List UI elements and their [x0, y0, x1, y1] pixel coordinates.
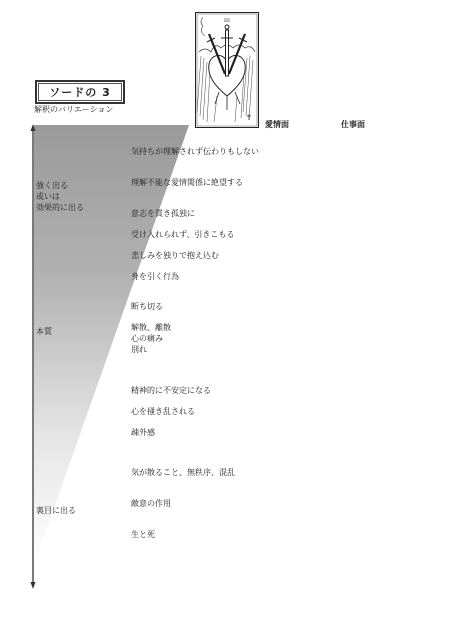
interpretation-item: 心を掻き乱される — [131, 406, 195, 417]
axis-label-backfire: 裏目に出る — [36, 505, 76, 516]
axis-label-essence: 本質 — [36, 326, 52, 337]
interpretation-item: 敵意の作用 — [131, 498, 171, 509]
interpretation-item: 理解不能な愛情関係に絶望する — [131, 177, 243, 188]
interpretation-item: 受け入れられず、引きこもる — [131, 229, 234, 240]
interpretation-item: 精神的に不安定になる — [131, 385, 211, 396]
interpretation-item: 身を引く行為 — [131, 271, 179, 282]
interpretation-item: 心の痛み — [131, 333, 163, 344]
intensity-scale-graphic — [0, 0, 453, 640]
interpretation-item: 解散、離散 — [131, 322, 171, 333]
interpretation-item: 疎外感 — [131, 427, 155, 438]
interpretation-item: 別れ — [131, 344, 147, 355]
interpretation-item: 気が散ること、無秩序、混乱 — [131, 467, 235, 478]
arrow-down-icon — [31, 582, 36, 589]
axis-label-strong: 強く出る 或いは 効果的に出る — [36, 180, 84, 213]
interpretation-item: 気持ちが理解されず伝わりもしない — [131, 146, 259, 157]
interpretation-item: 断ち切る — [131, 301, 163, 312]
interpretation-item: 生と死 — [131, 529, 155, 540]
interpretation-item: 意志を貫き孤独に — [131, 208, 195, 219]
interpretation-item: 悲しみを独りで抱え込む — [131, 250, 219, 261]
